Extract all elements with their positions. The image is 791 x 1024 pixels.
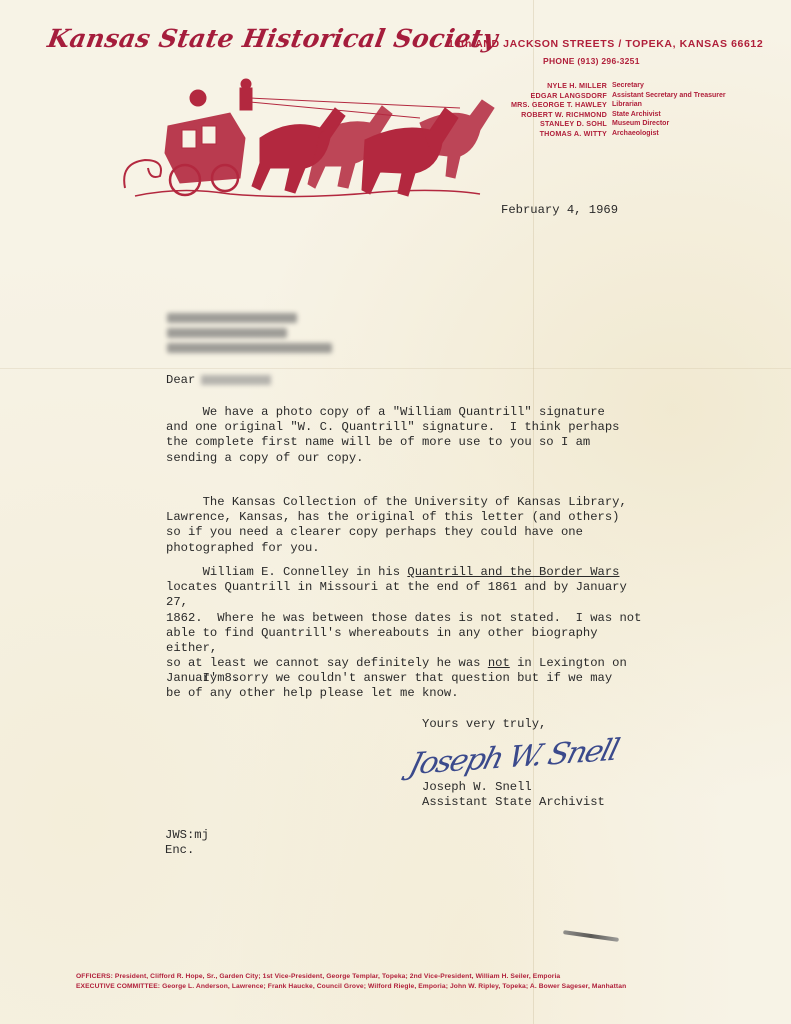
redacted-line (167, 313, 297, 323)
recipient-address-redacted (167, 313, 327, 358)
signer-name: Joseph W. Snell (422, 780, 532, 794)
staff-title: Museum Director (612, 119, 770, 129)
emphasis-not: not (488, 656, 510, 670)
paragraph-4: I'm sorry we couldn't answer that questi… (166, 671, 646, 701)
staff-name: NYLE H. MILLER (500, 81, 612, 91)
staff-row: NYLE H. MILLERSecretary (500, 81, 770, 91)
staff-row: MRS. GEORGE T. HAWLEYLibrarian (500, 100, 770, 110)
letter-date: February 4, 1969 (501, 203, 618, 217)
organization-name: Kansas State Historical Society (45, 24, 500, 53)
p3-text: William E. Connelley in his (166, 565, 407, 579)
handwritten-signature: Joseph W. Snell (405, 733, 621, 782)
staff-row: THOMAS A. WITTYArchaeologist (500, 129, 770, 139)
staff-name: STANLEY D. SOHL (500, 119, 612, 129)
staff-name: THOMAS A. WITTY (500, 129, 612, 139)
staff-row: EDGAR LANGSDORFAssistant Secretary and T… (500, 91, 770, 101)
salutation-text: Dear (166, 373, 195, 387)
staff-name: ROBERT W. RICHMOND (500, 110, 612, 120)
letterhead-footer: OFFICERS: President, Clifford R. Hope, S… (76, 972, 776, 992)
executive-committee-line: EXECUTIVE COMMITTEE: George L. Anderson,… (76, 982, 776, 992)
signer-title: Assistant State Archivist (422, 795, 605, 809)
enclosure-note: Enc. (165, 843, 194, 857)
letterhead-address: 10th AND JACKSON STREETS / TOPEKA, KANSA… (448, 38, 763, 50)
redacted-line (167, 328, 287, 338)
paragraph-2: The Kansas Collection of the University … (166, 495, 646, 556)
paragraph-3: William E. Connelley in his Quantrill an… (166, 565, 646, 687)
staff-title: Secretary (612, 81, 770, 91)
salutation: Dear (166, 373, 271, 387)
staff-list: NYLE H. MILLERSecretary EDGAR LANGSDORFA… (500, 81, 770, 139)
paragraph-1: We have a photo copy of a "William Quant… (166, 405, 646, 466)
staff-title: Archaeologist (612, 129, 770, 139)
staff-title: Librarian (612, 100, 770, 110)
closing: Yours very truly, (422, 717, 546, 731)
reference-initials: JWS:mj (165, 828, 209, 842)
recipient-name-redacted (201, 375, 271, 385)
paper-fold-horizontal (0, 368, 791, 369)
staff-row: STANLEY D. SOHLMuseum Director (500, 119, 770, 129)
staff-name: EDGAR LANGSDORF (500, 91, 612, 101)
book-title: Quantrill and the Border Wars (407, 565, 619, 579)
officers-line: OFFICERS: President, Clifford R. Hope, S… (76, 972, 776, 982)
staff-name: MRS. GEORGE T. HAWLEY (500, 100, 612, 110)
stagecoach-logo-icon (120, 68, 500, 198)
staff-row: ROBERT W. RICHMONDState Archivist (500, 110, 770, 120)
pen-mark (563, 930, 619, 942)
staff-title: State Archivist (612, 110, 770, 120)
letterhead-phone: PHONE (913) 296-3251 (543, 56, 640, 66)
redacted-line (167, 343, 332, 353)
staff-title: Assistant Secretary and Treasurer (612, 91, 770, 101)
